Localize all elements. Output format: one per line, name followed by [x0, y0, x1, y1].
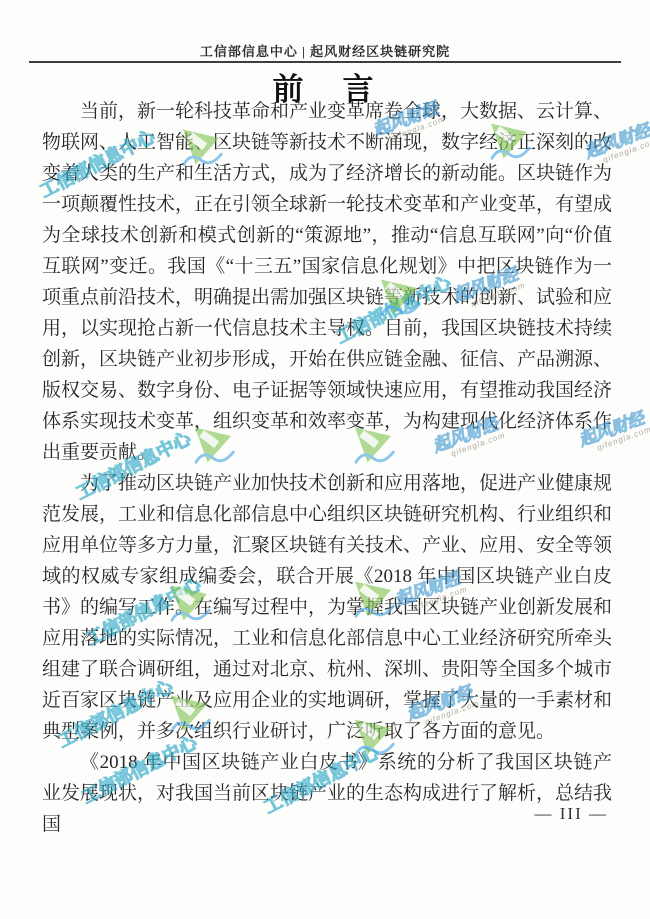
page-number: — III — [535, 804, 608, 824]
body-text: 当前，新一轮科技革命和产业变革席卷全球，大数据、云计算、物联网、人工智能、区块链… [42, 96, 612, 840]
document-header: 工信部信息中心 | 起风财经区块链研究院 [0, 41, 650, 60]
paragraph-3: 《2018 年中国区块链产业白皮书》系统的分析了我国区块链产业发展现状，对我国当… [42, 747, 612, 840]
paragraph-1: 当前，新一轮科技革命和产业变革席卷全球，大数据、云计算、物联网、人工智能、区块链… [42, 96, 612, 468]
paragraph-2: 为了推动区块链产业加快技术创新和应用落地，促进产业健康规范发展，工业和信息化部信… [42, 468, 612, 747]
header-divider [29, 61, 621, 63]
